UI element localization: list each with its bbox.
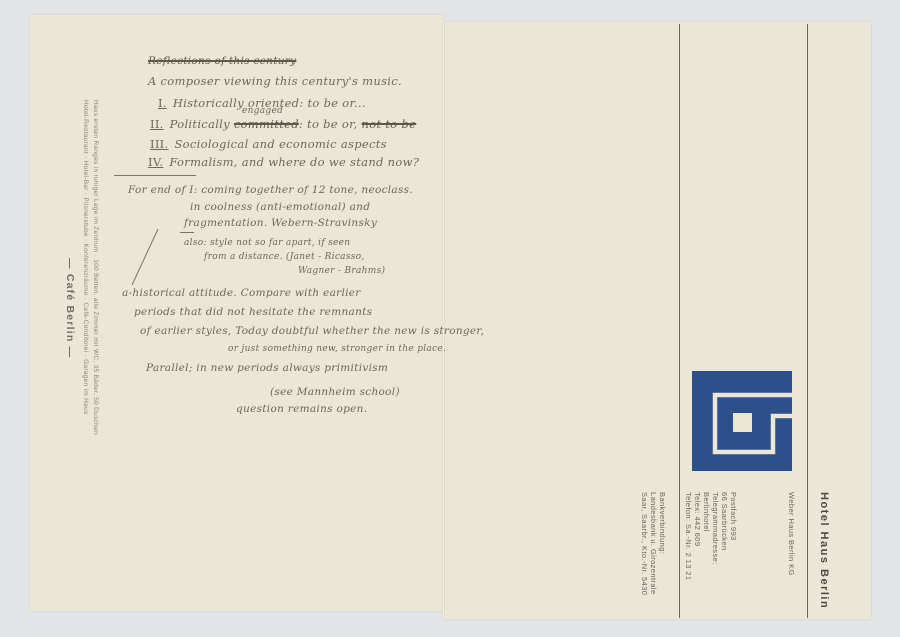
page-fold [442,18,445,616]
paragraph-line-2: periods that did not hesitate the remnan… [134,306,372,318]
also-line-2: from a distance. (Janet - Ricasso, [204,252,365,262]
bank-line-1: Bankverbindung: [658,492,668,554]
numeral: IV. [148,155,163,169]
hotel-description-line-1: Haus ersten Ranges in ruhiger Lage im Ze… [92,100,99,435]
address-line-5: Telex: 442 609 [693,492,703,546]
section-end-line-1: For end of I: coming together of 12 tone… [128,184,413,196]
numeral: III. [150,137,168,151]
paragraph-line-3: of earlier styles, Today doubtful whethe… [140,325,484,337]
divider-line [114,175,196,176]
hotel-brand-name: Hotel Haus Berlin [818,492,830,609]
letterhead-rule-left [679,24,680,618]
paragraph-line-1: a-historical attitude. Compare with earl… [122,287,361,299]
cafe-berlin-label: — Café Berlin — [64,258,76,358]
section-end-line-2: in coolness (anti-emotional) and [190,201,370,213]
also-line-3: Wagner - Brahms) [298,266,385,276]
hotel-description-line-2: Hotel-Restaurant · Hotel-Bar · Pilsnerst… [82,100,89,415]
struck-word: committed [234,117,299,131]
outline-item-3: III.Sociological and economic aspects [150,137,387,151]
hotel-logo-icon [692,371,792,471]
outline-item-4: IV.Formalism, and where do we stand now? [148,155,419,169]
outline-item-2: II.Politically committed engaged : to be… [150,117,416,131]
also-line-1: also: style not so far apart, if seen [184,238,350,248]
section-end-line-3: fragmentation. Webern-Stravinsky [184,217,377,229]
notes-title: A composer viewing this century's music. [148,74,402,88]
address-line-1: Postfach 993 [729,492,739,541]
struck-word: not to be [362,117,417,131]
parallel-line-3: question remains open. [236,403,367,415]
address-line-2: 66 Saarbrücken [720,492,730,551]
owner-name: Weber Haus Berlin KG [787,492,796,576]
inserted-word: engaged [242,106,283,116]
small-rule [180,232,194,233]
slash-mark [128,225,162,290]
bank-line-2: Landesbank u. Girozentrale [649,492,659,595]
address-line-4: Berlinhotel [702,492,712,532]
struck-title: Reflections of this century [148,55,296,67]
parallel-line-1: Parallel; in new periods always primitiv… [146,362,388,374]
bank-line-3: Saar, Saarbr., Kto.-Nr. 5430 [640,492,650,595]
address-line-3: Telegrammadresse: [711,492,721,565]
parallel-line-2: (see Mannheim school) [270,386,400,398]
letterhead-rule-right [807,24,808,618]
numeral: II. [150,117,164,131]
address-line-6: Telefon: Sa.-Nr. 2 13 21 [684,492,694,580]
numeral: I. [158,96,167,110]
paragraph-line-4: or just something new, stronger in the p… [228,344,446,354]
